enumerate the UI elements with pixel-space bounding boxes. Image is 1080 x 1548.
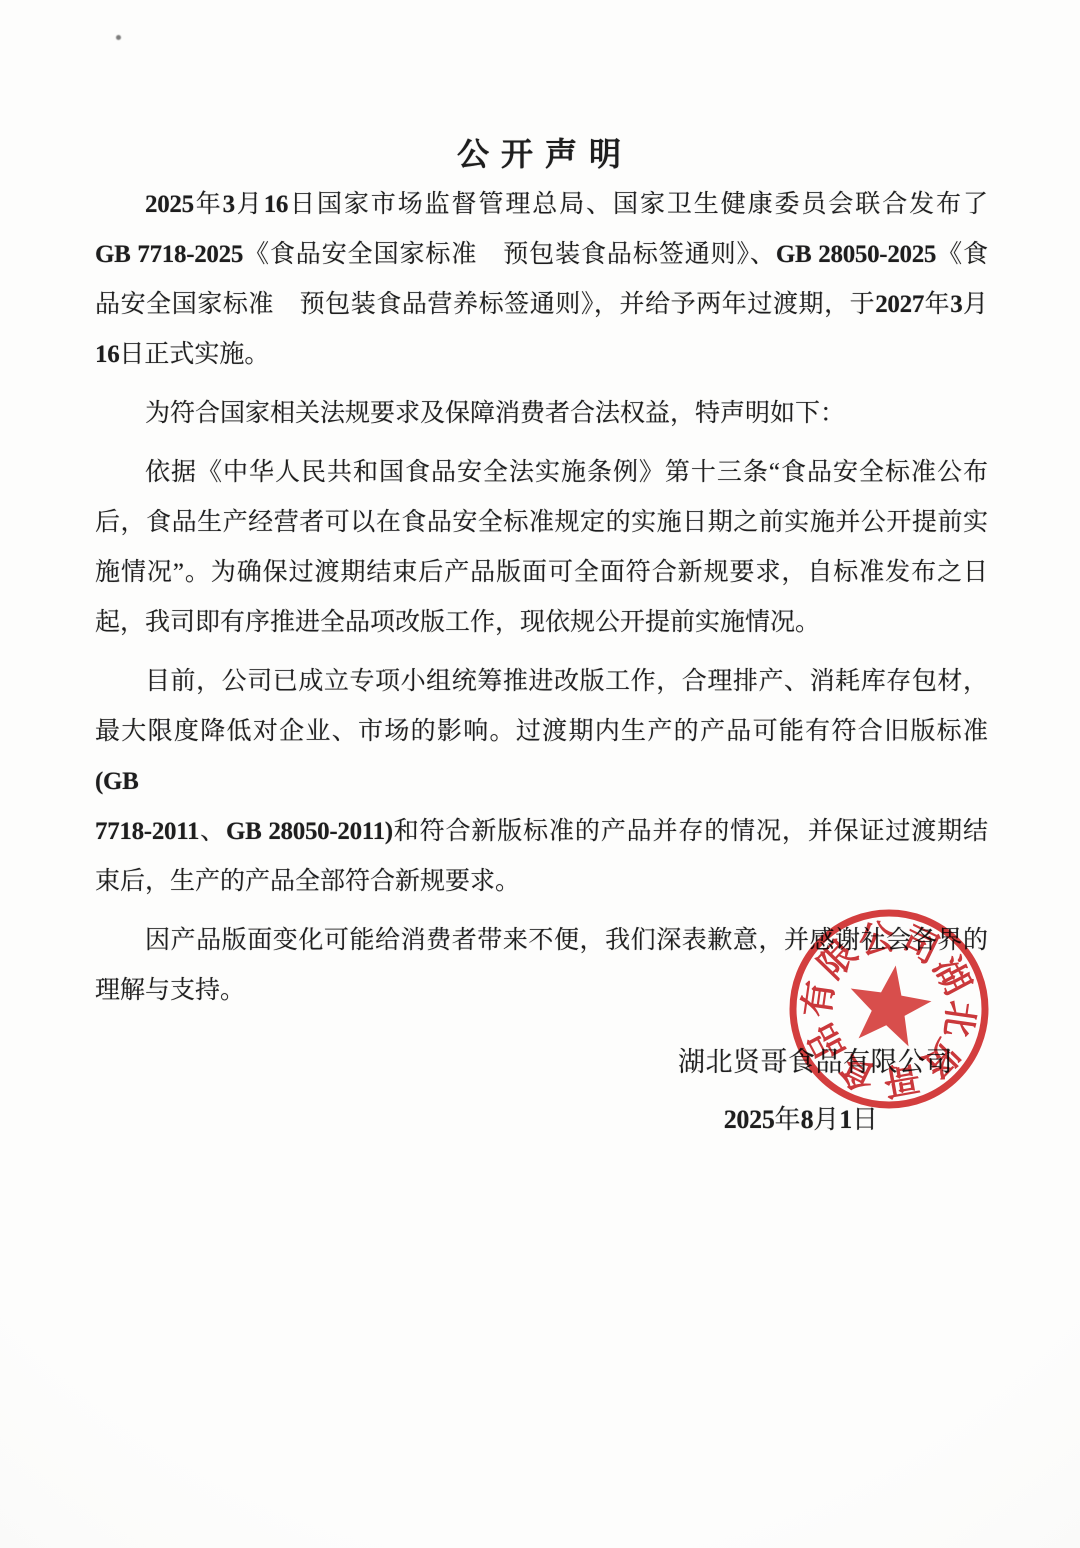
seal-ring-char: 哥 — [880, 1056, 922, 1102]
paragraph: 依据《中华人民共和国食品安全法实施条例》第十三条“食品安全标准公布后，食品生产经… — [95, 448, 988, 648]
signature-date: 2025年8月1日 — [0, 1102, 878, 1138]
text-line: 16日正式实施。 — [95, 330, 988, 380]
seal-ring-char: 有 — [796, 979, 841, 1020]
seal-star-icon — [843, 959, 936, 1049]
text-line: 起，我司即有序推进全品项改版工作，现依规公开提前实施情况。 — [95, 598, 988, 648]
text-line: 7718-2011、GB 28050-2011)和符合新版标准的产品并存的情况，… — [95, 807, 988, 857]
seal-ring-char: 北 — [937, 998, 982, 1039]
seal-ring-char: 公 — [855, 916, 897, 962]
company-seal: 湖北贤哥食品有限公司 — [774, 894, 1004, 1124]
text-line: 目前，公司已成立专项小组统筹推进改版工作，合理排产、消耗库存包材， — [95, 657, 988, 707]
scan-speck-artifact — [116, 35, 121, 40]
document-title: 公 开 声 明 — [0, 0, 1080, 174]
text-line: 后，食品生产经营者可以在食品安全标准规定的实施日期之前实施并公开提前实 — [95, 498, 988, 548]
text-line: 为符合国家相关法规要求及保障消费者合法权益，特声明如下： — [95, 389, 988, 439]
text-line: GB 7718-2025《食品安全国家标准 预包装食品标签通则》、GB 2805… — [95, 230, 988, 280]
paragraph: 为符合国家相关法规要求及保障消费者合法权益，特声明如下： — [95, 389, 988, 439]
paragraph: 2025年3月16日国家市场监督管理总局、国家卫生健康委员会联合发布了GB 77… — [95, 180, 988, 380]
text-line: 2025年3月16日国家市场监督管理总局、国家卫生健康委员会联合发布了 — [95, 180, 988, 230]
text-line: 依据《中华人民共和国食品安全法实施条例》第十三条“食品安全标准公布 — [95, 448, 988, 498]
text-line: 最大限度降低对企业、市场的影响。过渡期内生产的产品可能有符合旧版标准(GB — [95, 707, 988, 807]
text-line: 品安全国家标准 预包装食品营养标签通则》，并给予两年过渡期，于2027年3月 — [95, 280, 988, 330]
document-body: 2025年3月16日国家市场监督管理总局、国家卫生健康委员会联合发布了GB 77… — [0, 180, 1080, 1016]
paragraph: 目前，公司已成立专项小组统筹推进改版工作，合理排产、消耗库存包材，最大限度降低对… — [95, 657, 988, 907]
document-page: 公 开 声 明 2025年3月16日国家市场监督管理总局、国家卫生健康委员会联合… — [0, 0, 1080, 1548]
company-seal-graphic: 湖北贤哥食品有限公司 — [774, 894, 1004, 1124]
text-line: 施情况”。为确保过渡期结束后产品版面可全面符合新规要求，自标准发布之日 — [95, 548, 988, 598]
